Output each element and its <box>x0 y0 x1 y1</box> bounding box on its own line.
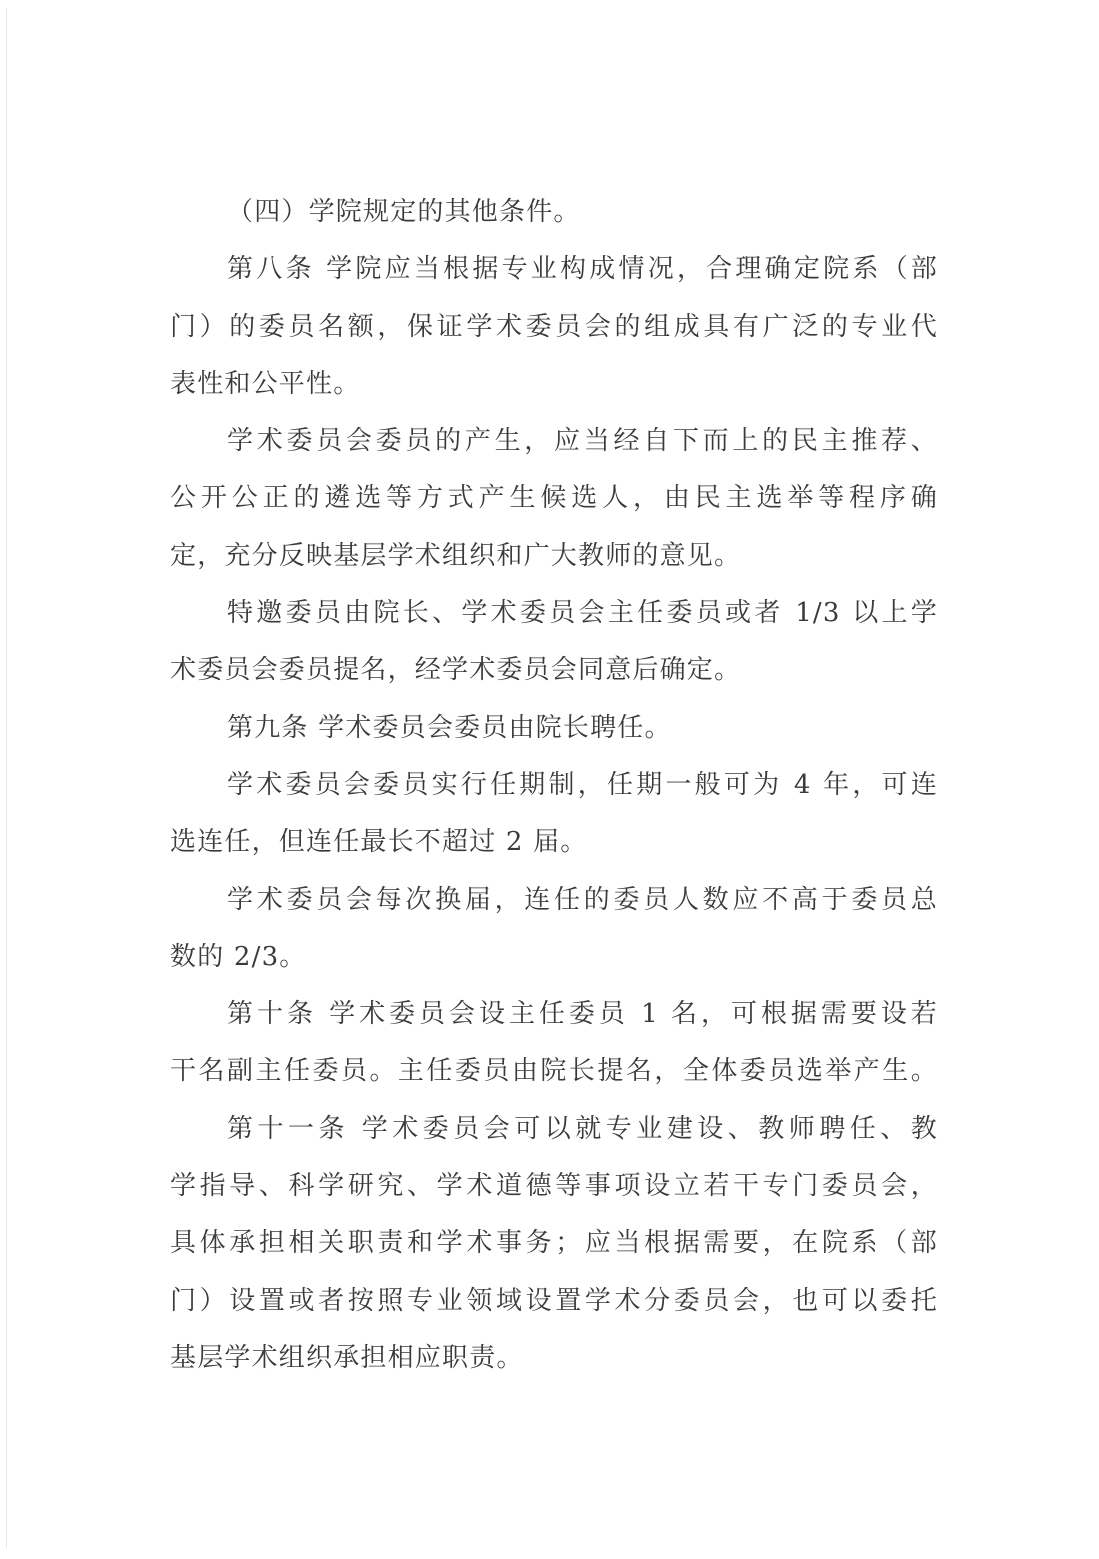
text-line: 表性和公平性。 <box>170 362 940 419</box>
text-line: 基层学术组织承担相应职责。 <box>170 1336 940 1393</box>
text-line: 具体承担相关职责和学术事务；应当根据需要，在院系（部 <box>170 1221 938 1278</box>
text-line: 第十一条 学术委员会可以就专业建设、教师聘任、教 <box>170 1107 938 1164</box>
text-line: 学指导、科学研究、学术道德等事项设立若干专门委员会， <box>170 1164 938 1221</box>
text-line: （四）学院规定的其他条件。 <box>170 190 940 247</box>
text-line: 术委员会委员提名，经学术委员会同意后确定。 <box>170 648 940 705</box>
text-line: 门）的委员名额，保证学术委员会的组成具有广泛的专业代 <box>170 305 938 362</box>
text-line: 第十条 学术委员会设主任委员 1 名，可根据需要设若 <box>170 992 938 1049</box>
document-body: （四）学院规定的其他条件。 第八条 学院应当根据专业构成情况，合理确定院系（部 … <box>170 190 940 1393</box>
text-line: 特邀委员由院长、学术委员会主任委员或者 1/3 以上学 <box>170 591 938 648</box>
text-line: 第九条 学术委员会委员由院长聘任。 <box>170 706 940 763</box>
text-line: 公开公正的遴选等方式产生候选人，由民主选举等程序确 <box>170 476 938 533</box>
text-line: 学术委员会委员实行任期制，任期一般可为 4 年，可连 <box>170 763 938 820</box>
text-line: 定，充分反映基层学术组织和广大教师的意见。 <box>170 534 940 591</box>
text-line: 门）设置或者按照专业领域设置学术分委员会，也可以委托 <box>170 1279 938 1336</box>
text-line: 干名副主任委员。主任委员由院长提名，全体委员选举产生。 <box>170 1049 938 1106</box>
text-line: 选连任，但连任最长不超过 2 届。 <box>170 820 940 877</box>
scan-edge-line <box>6 8 7 1548</box>
text-line: 第八条 学院应当根据专业构成情况，合理确定院系（部 <box>170 247 938 304</box>
text-line: 数的 2/3。 <box>170 935 940 992</box>
text-line: 学术委员会每次换届，连任的委员人数应不高于委员总 <box>170 878 938 935</box>
text-line: 学术委员会委员的产生，应当经自下而上的民主推荐、 <box>170 419 938 476</box>
